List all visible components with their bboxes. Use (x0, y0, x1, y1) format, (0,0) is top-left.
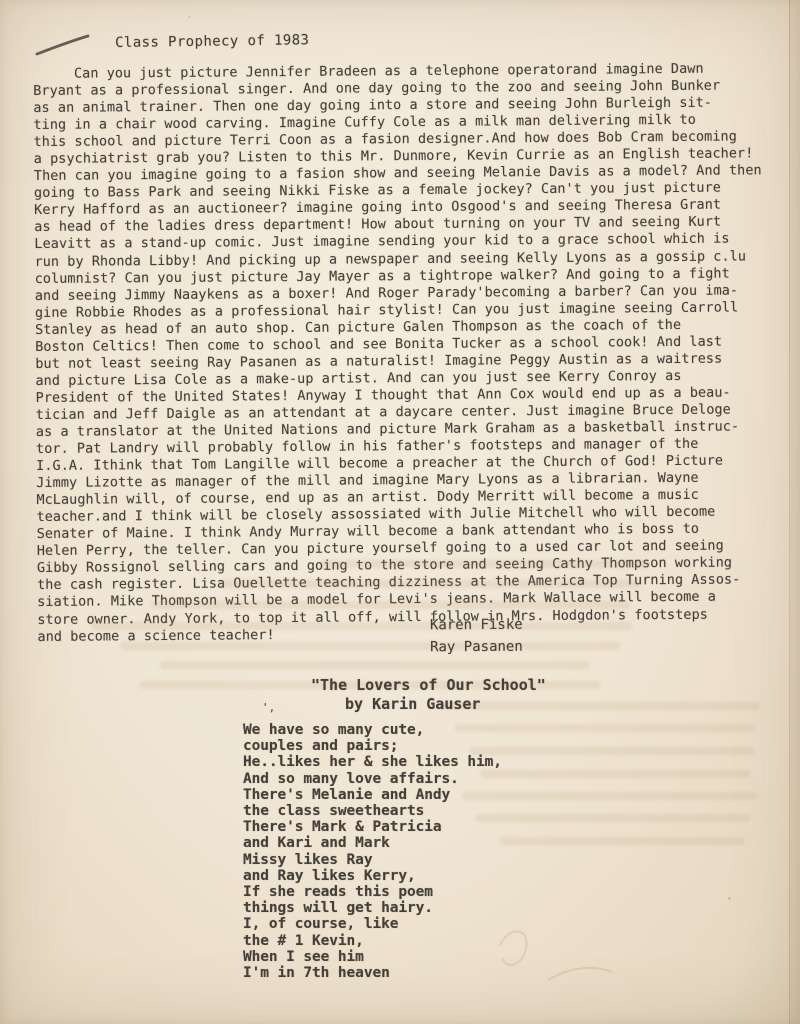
page-title: Class Prophecy of 1983 (115, 32, 309, 51)
poem-line: And so many love affairs. (243, 771, 502, 787)
poem-line: There's Melanie and Andy (243, 787, 502, 803)
scanned-page: Class Prophecy of 1983 Can you just pict… (0, 0, 800, 1024)
poem-line: We have so many cute, (243, 722, 502, 738)
poem-line: If she reads this poem (243, 884, 502, 900)
poem-line: and Kari and Mark (243, 835, 502, 851)
signature-block: Karen FiskeRay Pasanen (430, 615, 523, 658)
bleed-through (150, 601, 630, 609)
page-edge-shadow (789, 0, 800, 1024)
bleed-through (475, 814, 750, 822)
bleed-through (500, 837, 745, 845)
bleed-through (160, 661, 590, 669)
bleed-through (320, 560, 650, 568)
bleed-through (220, 580, 640, 588)
bleed-through (440, 702, 760, 710)
poem-line: the # 1 Kevin, (243, 933, 502, 949)
poem-line: the class sweethearts (243, 803, 502, 819)
paper-speck (728, 897, 731, 900)
pencil-smudge (488, 920, 618, 995)
poem-line: couples and pairs; (243, 738, 502, 754)
poem-title: "The Lovers of Our School" (311, 676, 546, 694)
stray-typed-mark: ', (262, 701, 275, 714)
poem-line: Missy likes Ray (243, 852, 502, 868)
prophecy-body: Can you just picture Jennifer Bradeen as… (33, 60, 788, 645)
bleed-through (120, 642, 620, 650)
bleed-through (462, 792, 757, 800)
page-edge-crease (789, 0, 790, 1024)
poem-line: and Ray likes Kerry, (243, 868, 502, 884)
poem-byline: by Karin Gauser (345, 695, 480, 713)
paper-speck (188, 16, 191, 18)
poem-body: We have so many cute,couples and pairs;H… (243, 722, 502, 981)
poem-line: There's Mark & Patricia (243, 819, 502, 835)
signature-name: Karen Fiske (430, 615, 523, 637)
poem-line: things will get hairy. (243, 900, 502, 916)
bleed-through (470, 747, 755, 755)
poem-line: When I see him (243, 949, 502, 965)
signature-name: Ray Pasanen (430, 636, 523, 658)
poem-line: I'm in 7th heaven (243, 965, 502, 981)
pen-stroke-mark (34, 33, 92, 59)
bleed-through (480, 770, 750, 778)
poem-line: He..likes her & she likes him, (243, 754, 502, 770)
poem-line: I, of course, like (243, 916, 502, 932)
bleed-through (92, 622, 632, 630)
